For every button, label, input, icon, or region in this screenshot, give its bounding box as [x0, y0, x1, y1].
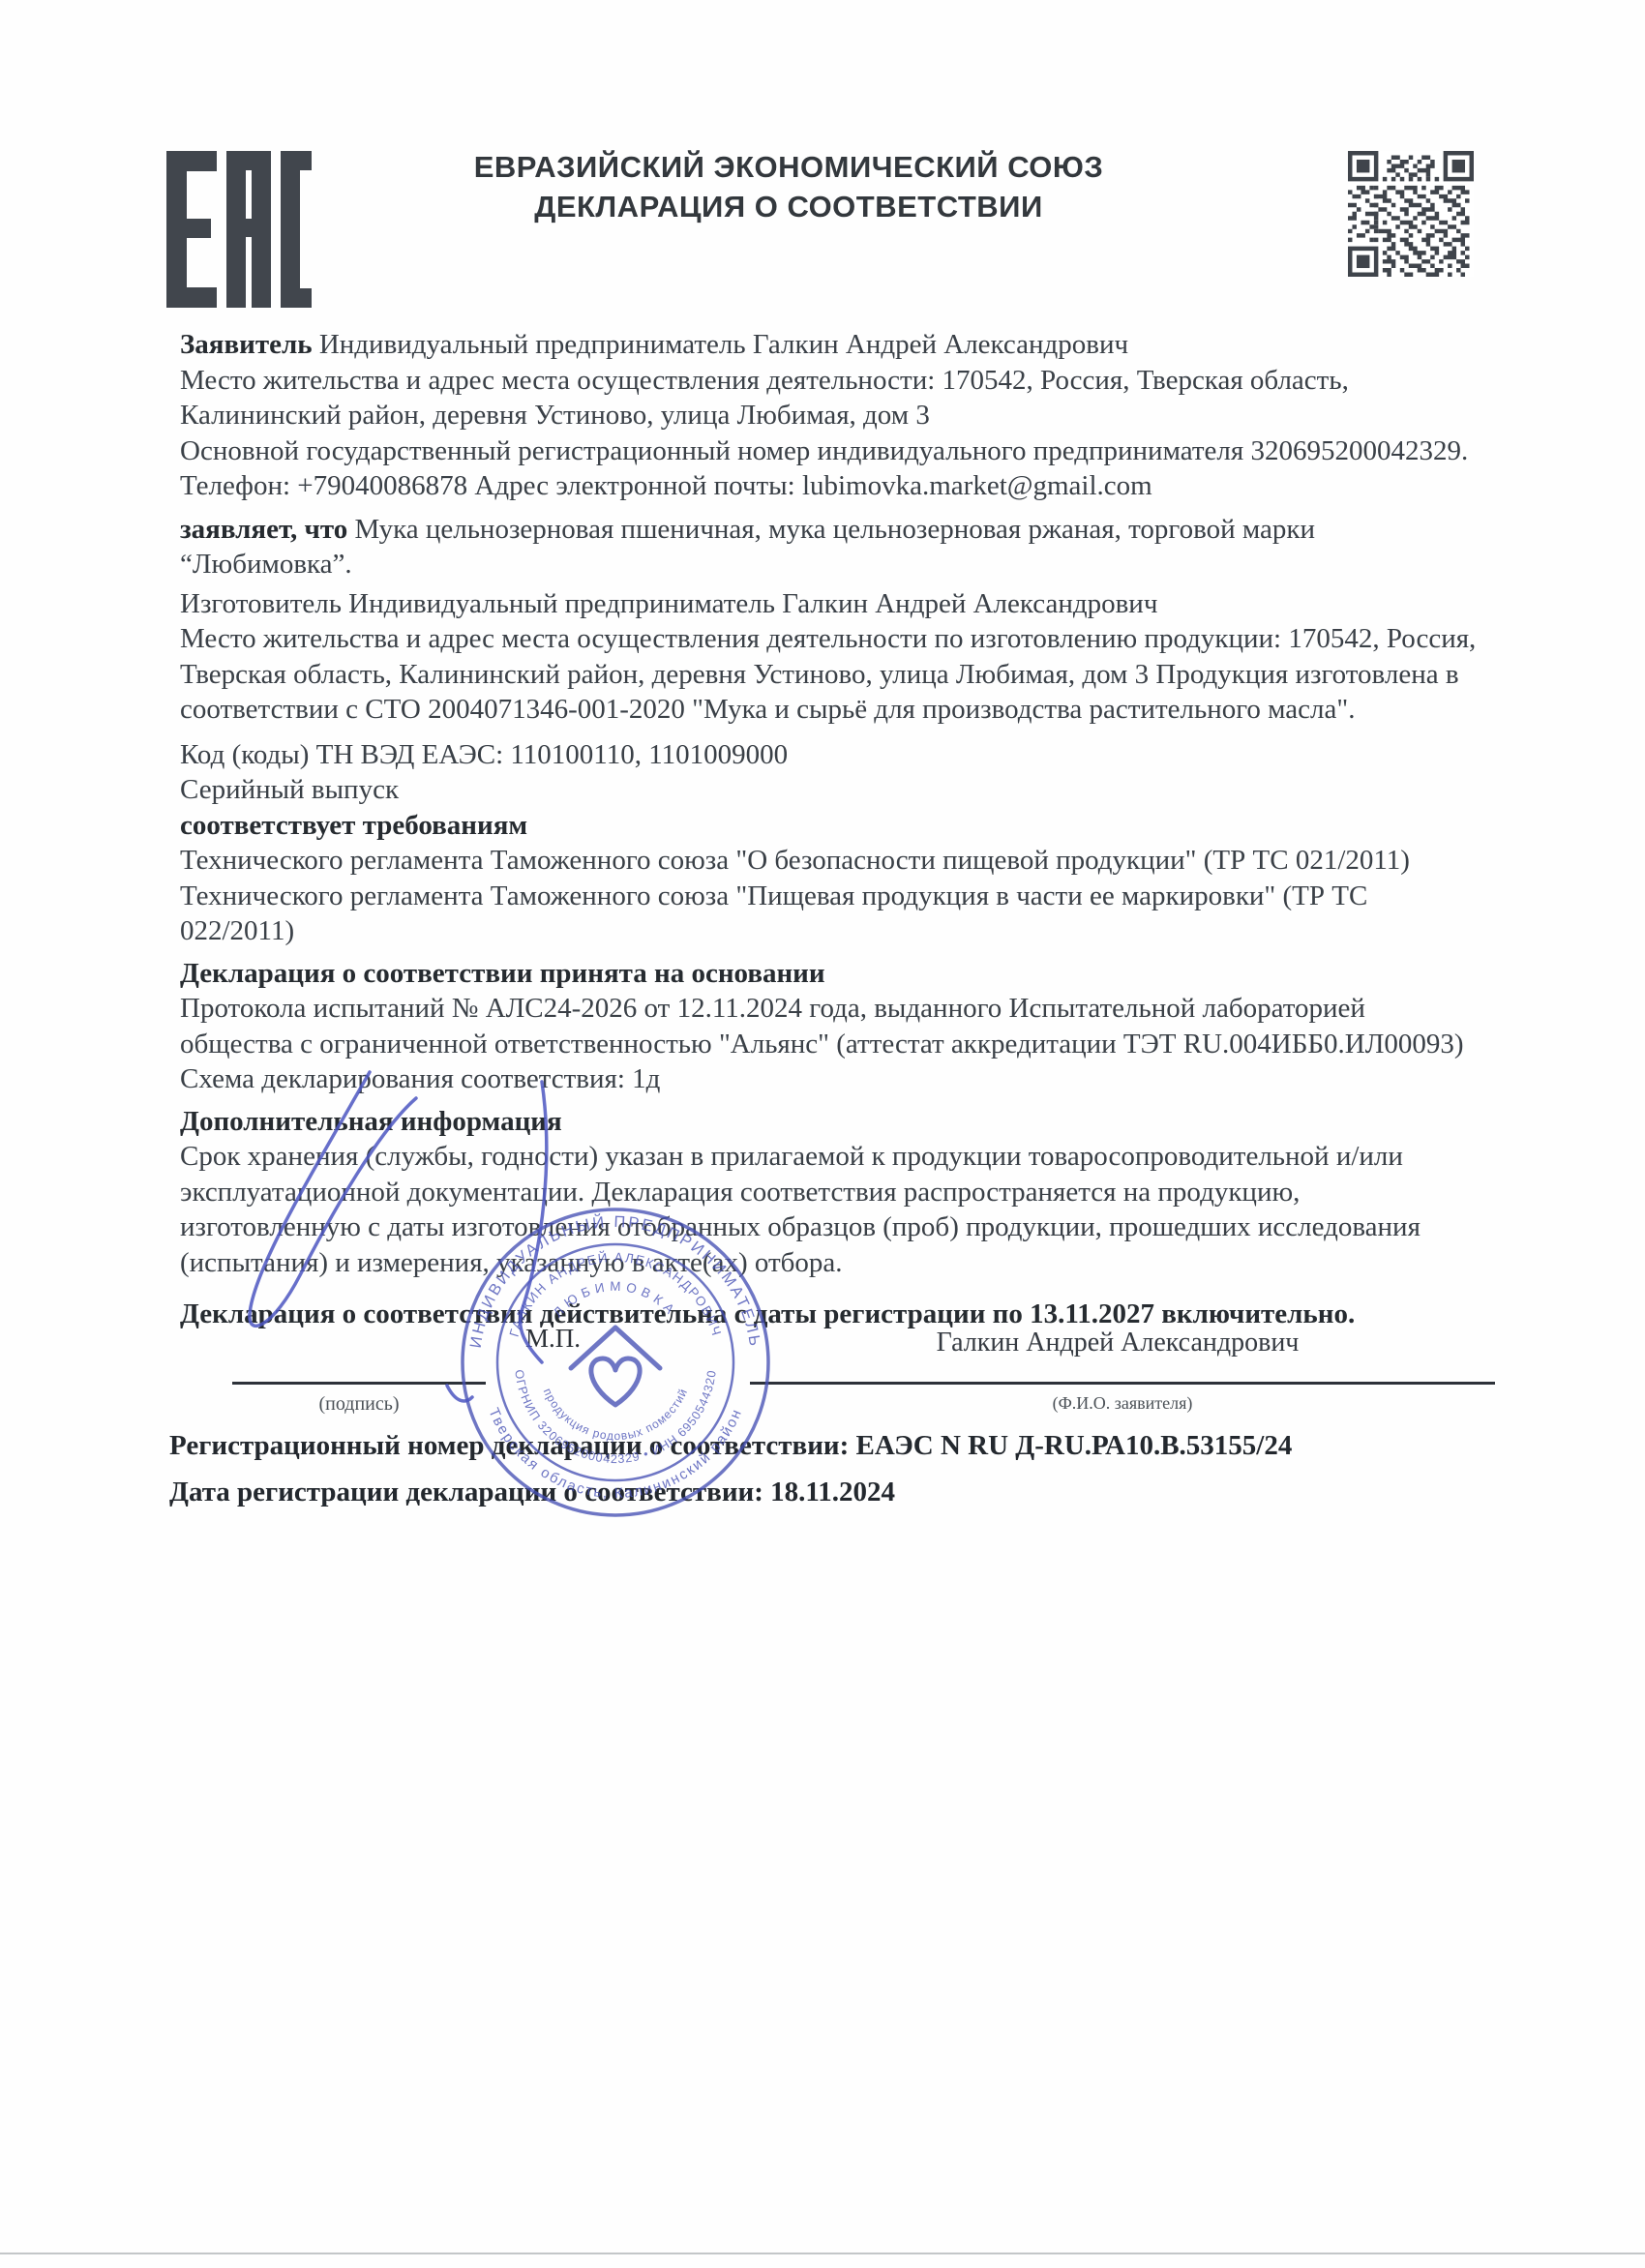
qr-code	[1348, 151, 1474, 277]
applicant-text: Индивидуальный предприниматель Галкин Ан…	[180, 329, 1468, 501]
declares-label: заявляет, что	[180, 514, 347, 545]
fio-caption: (Ф.И.О. заявителя)	[750, 1393, 1495, 1414]
signer-name: Галкин Андрей Александрович	[876, 1328, 1360, 1358]
tnved-code-paragraph: Код (коды) ТН ВЭД ЕАЭС: 110100110, 11010…	[180, 737, 1504, 808]
handwritten-signature	[194, 1045, 600, 1422]
declares-paragraph: заявляет, что Мука цельнозерновая пшенич…	[180, 512, 1504, 582]
applicant-paragraph: Заявитель Индивидуальный предприниматель…	[180, 327, 1504, 504]
declares-text: Мука цельнозерновая пшеничная, мука цель…	[180, 514, 1315, 581]
applicant-label: Заявитель	[180, 329, 313, 360]
basis-heading: Декларация о соответствии принята на осн…	[180, 958, 825, 989]
page-bottom-scan-edge	[0, 2253, 1645, 2254]
meets-text: Технического регламента Таможенного союз…	[180, 845, 1410, 946]
title-line-union: ЕВРАЗИЙСКИЙ ЭКОНОМИЧЕСКИЙ СОЮЗ	[387, 147, 1190, 187]
meets-requirements-paragraph: соответствует требованиям Технического р…	[180, 808, 1504, 949]
declaration-document-page: ЕВРАЗИЙСКИЙ ЭКОНОМИЧЕСКИЙ СОЮЗ ДЕКЛАРАЦИ…	[0, 0, 1645, 2268]
eac-mark-logo	[166, 151, 312, 308]
document-title: ЕВРАЗИЙСКИЙ ЭКОНОМИЧЕСКИЙ СОЮЗ ДЕКЛАРАЦИ…	[387, 147, 1190, 226]
title-line-declaration: ДЕКЛАРАЦИЯ О СООТВЕТСТВИИ	[387, 187, 1190, 226]
manufacturer-paragraph: Изготовитель Индивидуальный предпринимат…	[180, 586, 1504, 728]
fio-line	[750, 1382, 1495, 1385]
meets-heading: соответствует требованиям	[180, 810, 527, 841]
